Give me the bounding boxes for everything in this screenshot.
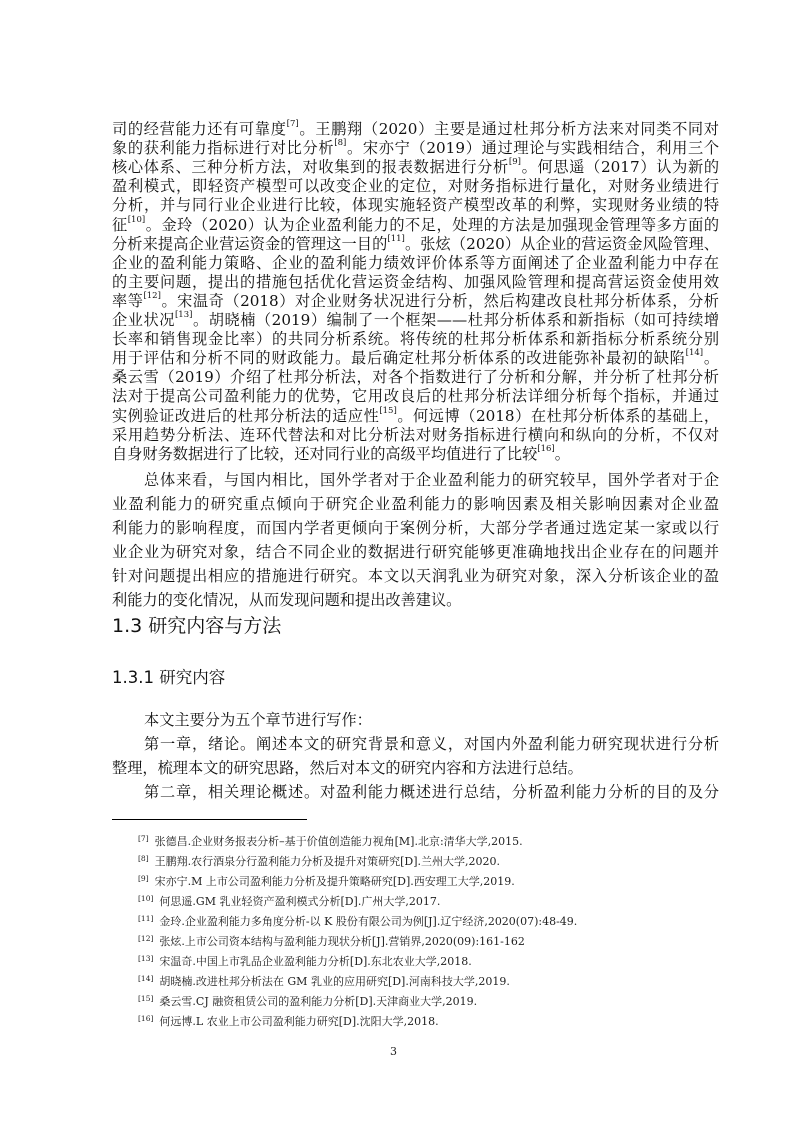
section-heading: 1.3 研究内容与方法	[112, 612, 281, 640]
text-line: 整理，梳理本文的研究思路，然后对本文的研究内容和方法进行总结。	[112, 756, 719, 780]
text-line: 针对问题提出相应的措施进行研究。本文以天润乳业为研究对象，深入分析该企业的盈	[112, 564, 719, 588]
text-line: 总体来看，与国内相比，国外学者对于企业盈利能力的研究较早，国外学者对于企	[144, 468, 719, 492]
footnote-item: [11]金玲.企业盈利能力多角度分析-以 K 股份有限公司为例[J].辽宁经济,…	[138, 912, 577, 932]
text-line: 利能力的变化情况，从而发现问题和提出改善建议。	[112, 588, 719, 612]
footnote-item: [12]张炫.上市公司资本结构与盈利能力现状分析[J].营销界,2020(09)…	[138, 932, 525, 952]
footnote-item: [9]宋亦宁.M 上市公司盈利能力分析及提升策略研究[D].西安理工大学,201…	[138, 872, 515, 892]
text-line: 第一章，绪论。阐述本文的研究背景和意义，对国内外盈利能力研究现状进行分析	[144, 732, 719, 756]
footnote-separator	[112, 819, 307, 820]
footnote-item: [14]胡晓楠.改进杜邦分析法在 GM 乳业的应用研究[D].河南科技大学,20…	[138, 972, 510, 992]
text-line: 利能力的影响程度，而国内学者更倾向于案例分析，大部分学者通过选定某一家或以行	[112, 516, 719, 540]
text-line: 第二章，相关理论概述。对盈利能力概述进行总结，分析盈利能力分析的目的及分	[144, 780, 719, 804]
text-line: 业企业为研究对象，结合不同企业的数据进行研究能够更准确地找出企业存在的问题并	[112, 540, 719, 564]
text-line: 业盈利能力的研究重点倾向于研究企业盈利能力的影响因素及相关影响因素对企业盈	[112, 492, 719, 516]
footnote-item: [8]王鹏翔.农行酒泉分行盈利能力分析及提升对策研究[D].兰州大学,2020.	[138, 852, 500, 872]
footnote-item: [13]宋温奇.中国上市乳品企业盈利能力分析[D].东北农业大学,2018.	[138, 952, 472, 972]
text-line: 本文主要分为五个章节进行写作：	[144, 708, 719, 732]
footnote-item: [16]何远博.L 农业上市公司盈利能力研究[D].沈阳大学,2018.	[138, 1012, 439, 1032]
text-line: 自身财务数据进行了比较，还对同行业的高级平均值进行了比较[16]。	[112, 442, 719, 466]
footnote-item: [7]张德昌.企业财务报表分析–基于价值创造能力视角[M].北京:清华大学,20…	[138, 832, 523, 852]
subsection-heading: 1.3.1 研究内容	[112, 665, 225, 691]
page-number: 3	[390, 1045, 397, 1058]
footnote-item: [10]何思遥.GM 乳业轻资产盈利模式分析[D].广州大学,2017.	[138, 892, 440, 912]
footnote-item: [15]桑云雪.CJ 融资租赁公司的盈利能力分析[D].天津商业大学,2019.	[138, 992, 477, 1012]
document-page: 司的经营能力还有可靠度[7]。王鹏翔（2020）主要是通过杜邦分析方法来对同类不…	[0, 0, 793, 1122]
